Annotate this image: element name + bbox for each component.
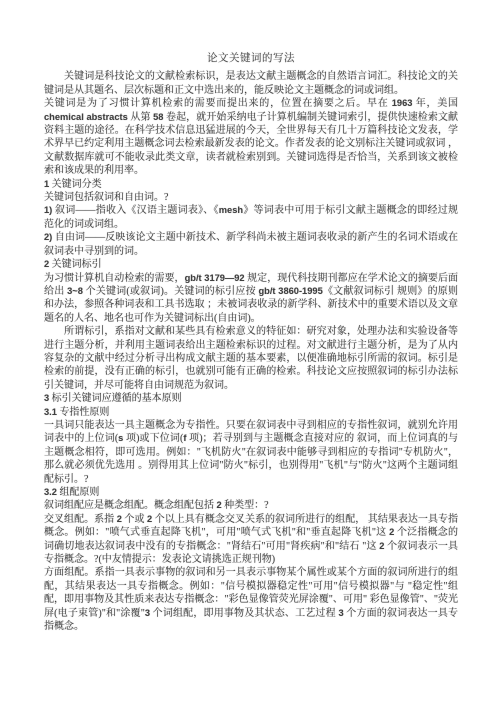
text-run: 关键词包括叙词和自由词。?: [44, 192, 168, 203]
document-paragraph: 2) 自由词——反映该论文主题中新技术、新学科尚未被主题词表收录的新产生的名词术…: [44, 231, 458, 258]
latin-text-run: 3~8: [67, 286, 83, 296]
text-run: 个或: [122, 514, 147, 525]
text-run: 组配原则: [57, 487, 100, 498]
text-run: 项)或下位词(: [123, 433, 183, 444]
latin-text-run: gb/t 3179—92: [185, 273, 245, 283]
document-paragraph: 叙词组配应是概念组配。概念组配包括 2 种类型：?: [44, 499, 458, 512]
text-run: 关键词是科技论文的文献检索标识，是表达文献主题概念的自然语言词汇。科技论文的关键…: [44, 71, 458, 95]
document-paragraph: 关键词是为了习惯计算机检索的需要而提出来的，位置在摘要之后。早在 1963 年，…: [44, 97, 458, 177]
text-run: 从第: [128, 112, 153, 123]
text-run: 关键词分类: [49, 179, 102, 190]
document-paragraph: 关键词包括叙词和自由词。?: [44, 191, 458, 204]
latin-text-run: 3.2: [44, 487, 57, 497]
text-run: 个关键词(或叙词)。关键词的标引应按: [83, 286, 259, 297]
text-run: 交叉组配。系指: [44, 514, 117, 525]
text-run: 关键词是为了习惯计算机检索的需要而提出来的，位置在摘要之后。早在: [44, 98, 392, 109]
document-paragraph: 交叉组配。系指 2 个或 2 个以上具有概念交叉关系的叙词所进行的组配， 其结果…: [44, 513, 458, 567]
text-run: 为习惯计算机自动检索的需要，: [44, 273, 185, 284]
paragraphs-container: 关键词是科技论文的文献检索标识，是表达文献主题概念的自然语言词汇。科技论文的关键…: [44, 70, 458, 633]
text-run: 种类型：?: [222, 500, 269, 511]
latin-text-run: 3.1: [44, 407, 57, 417]
text-run: 关键词标引: [49, 259, 102, 270]
latin-text-run: mesh: [219, 205, 243, 215]
document-paragraph: 所谓标引，系指对文献和某些具有检索意义的特征如：研究对象，处理办法和实验设备等进…: [44, 325, 458, 392]
document-paragraph: 关键词是科技论文的文献检索标识，是表达文献主题概念的自然语言词汇。科技论文的关键…: [44, 70, 458, 97]
section-heading: 2 关键词标引: [44, 258, 458, 271]
latin-text-run: gb/t 3860-1995: [258, 286, 322, 296]
document-title: 论文关键词的写法: [44, 52, 458, 65]
document-paragraph: 一具词只能表达一具主题概念为专指性。只要在叙词表中寻到相应的专指性叙词，就别允许…: [44, 419, 458, 486]
text-run: 叙词——指收入《汉语主题词表》、《: [52, 205, 219, 216]
text-run: 个词组配，即用事物及其状态、工艺过程: [150, 608, 338, 619]
section-heading: 3.1 专指性原则: [44, 406, 458, 419]
document-page: 论文关键词的写法 关键词是科技论文的文献检索标识，是表达文献主题概念的自然语言词…: [0, 0, 500, 708]
latin-text-run: 1963: [392, 98, 413, 108]
section-heading: 3 标引关键词应遵循的基本原则: [44, 392, 458, 405]
latin-text-run: chemical abstracts: [44, 112, 128, 122]
text-run: 专指性原则: [57, 407, 110, 418]
document-paragraph: 方面组配。系指一具表示事物的叙词和另一具表示事物某个属性或某个方面的叙词所进行的…: [44, 566, 458, 633]
text-run: 自由词——反映该论文主题中新技术、新学科尚未被主题词表收录的新产生的名词术语或在…: [44, 232, 458, 256]
text-run: 年，美国: [412, 98, 458, 109]
text-run: 标引关键词应遵循的基本原则: [49, 393, 182, 404]
section-heading: 1 关键词分类: [44, 178, 458, 191]
document-body: 论文关键词的写法 关键词是科技论文的文献检索标识，是表达文献主题概念的自然语言词…: [44, 52, 458, 633]
section-heading: 3.2 组配原则: [44, 486, 458, 499]
text-run: 叙词组配应是概念组配。概念组配包括: [44, 500, 217, 511]
latin-text-run: 58: [153, 112, 163, 122]
text-run: 所谓标引，系指对文献和某些具有检索意义的特征如：研究对象，处理办法和实验设备等进…: [44, 326, 458, 391]
document-paragraph: 为习惯计算机自动检索的需要，gb/t 3179—92 规定，现代科技期刊都应在学…: [44, 272, 458, 326]
document-paragraph: 1) 叙词——指收入《汉语主题词表》、《mesh》等词表中可用于标引文献主题概念…: [44, 204, 458, 231]
